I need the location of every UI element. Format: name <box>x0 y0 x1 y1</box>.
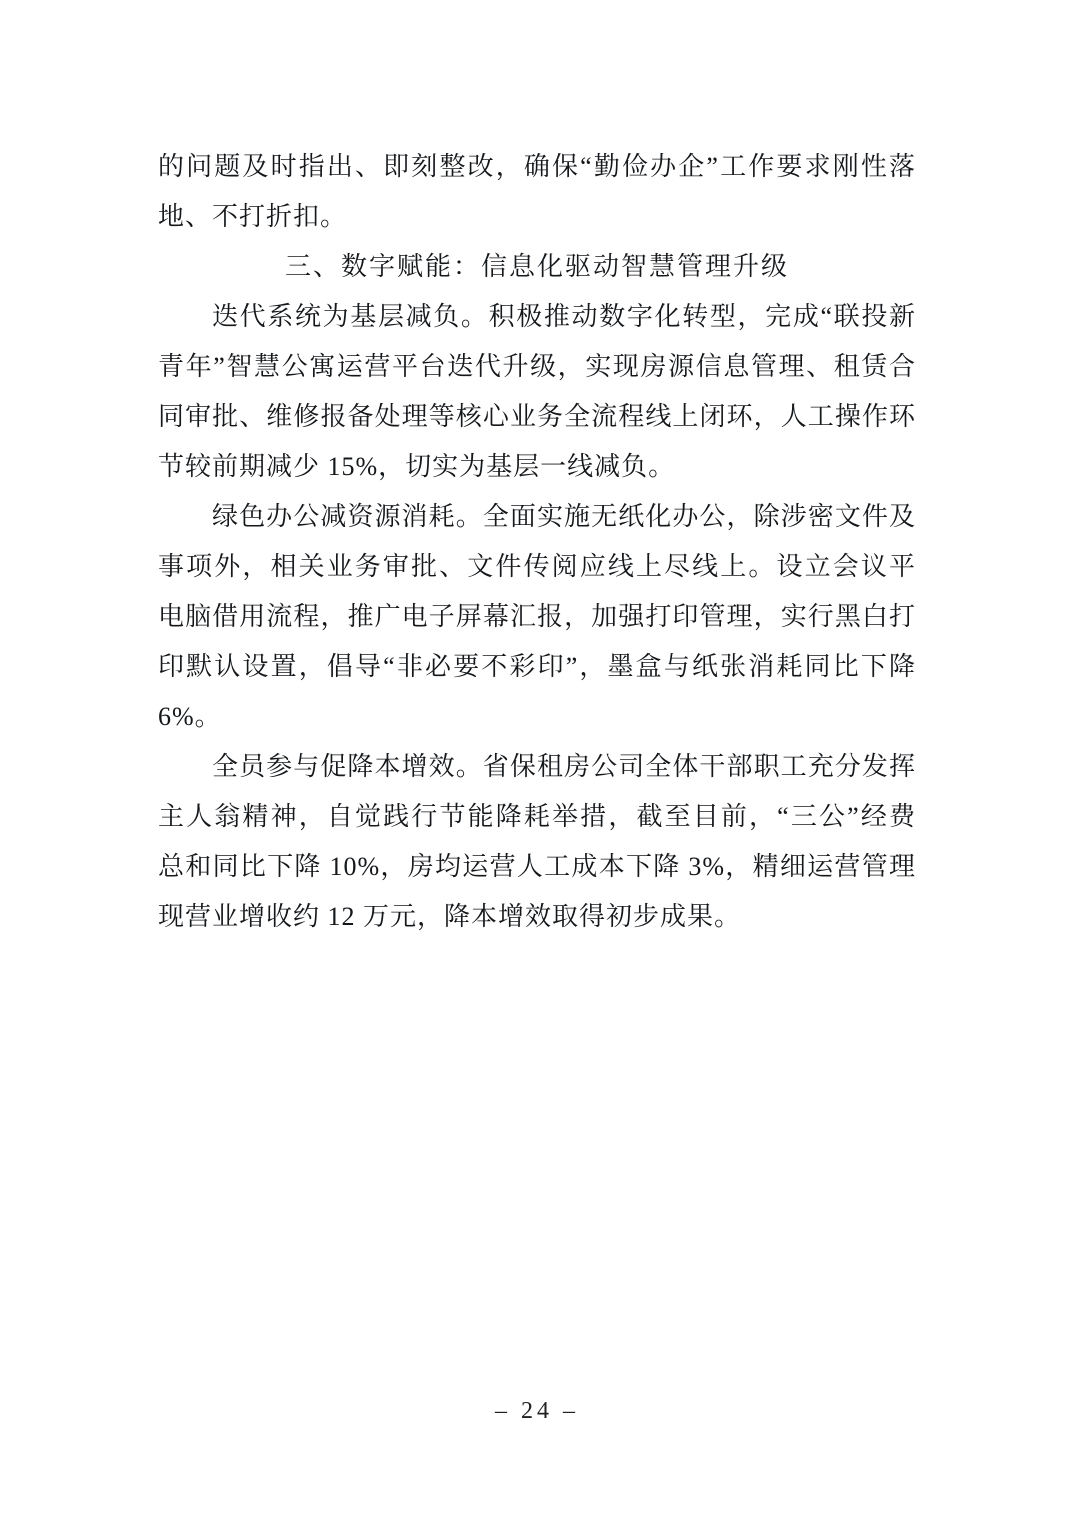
body-text-line: 绿色办公减资源消耗。全面实施无纸化办公，除涉密文件及 <box>158 492 916 542</box>
body-text-line: 事项外，相关业务审批、文件传阅应线上尽线上。设立会议平板、 <box>158 542 916 592</box>
body-text-line: 迭代系统为基层减负。积极推动数字化转型，完成“联投新 <box>158 292 916 342</box>
document-body: 的问题及时指出、即刻整改，确保“勤俭办企”工作要求刚性落 地、不打折扣。 三、数… <box>158 142 916 942</box>
body-text-line: 节较前期减少 15%，切实为基层一线减负。 <box>158 442 916 492</box>
body-text-line: 印默认设置，倡导“非必要不彩印”，墨盒与纸张消耗同比下降 <box>158 642 916 692</box>
body-text-line: 总和同比下降 10%，房均运营人工成本下降 3%，精细运营管理实 <box>158 842 916 892</box>
document-page: 的问题及时指出、即刻整改，确保“勤俭办企”工作要求刚性落 地、不打折扣。 三、数… <box>0 0 1074 1520</box>
page-number: – 24 – <box>0 1398 1074 1425</box>
body-text-line: 电脑借用流程，推广电子屏幕汇报，加强打印管理，实行黑白打 <box>158 592 916 642</box>
body-text-line: 6%。 <box>158 692 916 742</box>
body-text-line: 青年”智慧公寓运营平台迭代升级，实现房源信息管理、租赁合 <box>158 342 916 392</box>
section-heading: 三、数字赋能：信息化驱动智慧管理升级 <box>158 242 916 292</box>
body-text-line: 现营业增收约 12 万元，降本增效取得初步成果。 <box>158 892 916 942</box>
body-text-line: 的问题及时指出、即刻整改，确保“勤俭办企”工作要求刚性落 <box>158 142 916 192</box>
body-text-line: 全员参与促降本增效。省保租房公司全体干部职工充分发挥 <box>158 742 916 792</box>
body-text-line: 同审批、维修报备处理等核心业务全流程线上闭环，人工操作环 <box>158 392 916 442</box>
body-text-line: 主人翁精神，自觉践行节能降耗举措，截至目前，“三公”经费 <box>158 792 916 842</box>
body-text-line: 地、不打折扣。 <box>158 192 916 242</box>
